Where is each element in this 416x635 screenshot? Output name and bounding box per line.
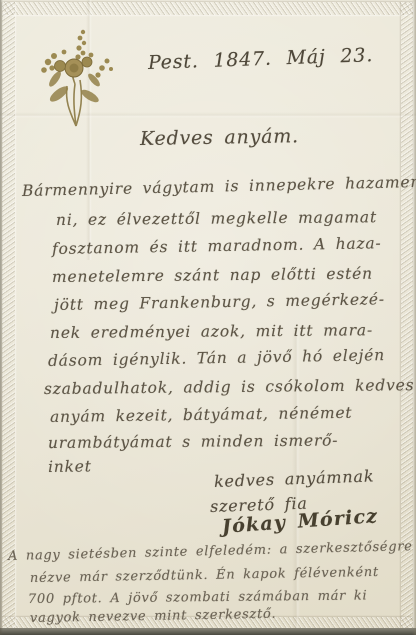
body-line: szabadulhatok, addig is csókolom kedves: [44, 376, 414, 398]
date-line: Pest. 1847. Máj 23.: [148, 44, 374, 74]
body-line: inket: [48, 457, 92, 476]
postscript-line: nézve már szerződtünk. Én kapok félévenk…: [30, 565, 379, 586]
closing-line: kedves anyámnak: [214, 466, 375, 491]
body-line: nek eredményei azok, mit itt mara-: [50, 321, 373, 342]
scan-bottom-edge: [0, 628, 416, 635]
body-line: Bármennyire vágytam is innepekre hazamen…: [22, 173, 416, 200]
salutation: Kedves anyám.: [140, 125, 299, 150]
body-line: jött meg Frankenburg, s megérkezé-: [54, 290, 385, 314]
body-line: menetelemre szánt nap előtti estén: [52, 265, 373, 286]
postscript-line: A nagy sietésben szinte elfeledém: a sze…: [8, 539, 413, 564]
scan-right-edge: [412, 0, 416, 635]
body-line: anyám kezeit, bátyámat, nénémet: [50, 404, 353, 426]
scan-left-edge: [0, 0, 3, 635]
body-line: urambátyámat s minden ismerő-: [48, 431, 338, 452]
embossed-border-top: [3, 2, 413, 15]
postscript-line: 700 pftot. A jövő szombati számában már …: [28, 588, 367, 607]
embossed-border-left: [2, 2, 15, 628]
body-line: fosztanom és itt maradnom. A haza-: [52, 234, 382, 258]
body-line: dásom igénylik. Tán a jövő hó elején: [48, 346, 385, 370]
body-line: ni, ez élvezettől megkelle magamat: [56, 208, 377, 229]
letter-scan: Pest. 1847. Máj 23. Kedves anyám. Bármen…: [0, 0, 416, 635]
floral-bouquet-icon: [28, 22, 124, 130]
